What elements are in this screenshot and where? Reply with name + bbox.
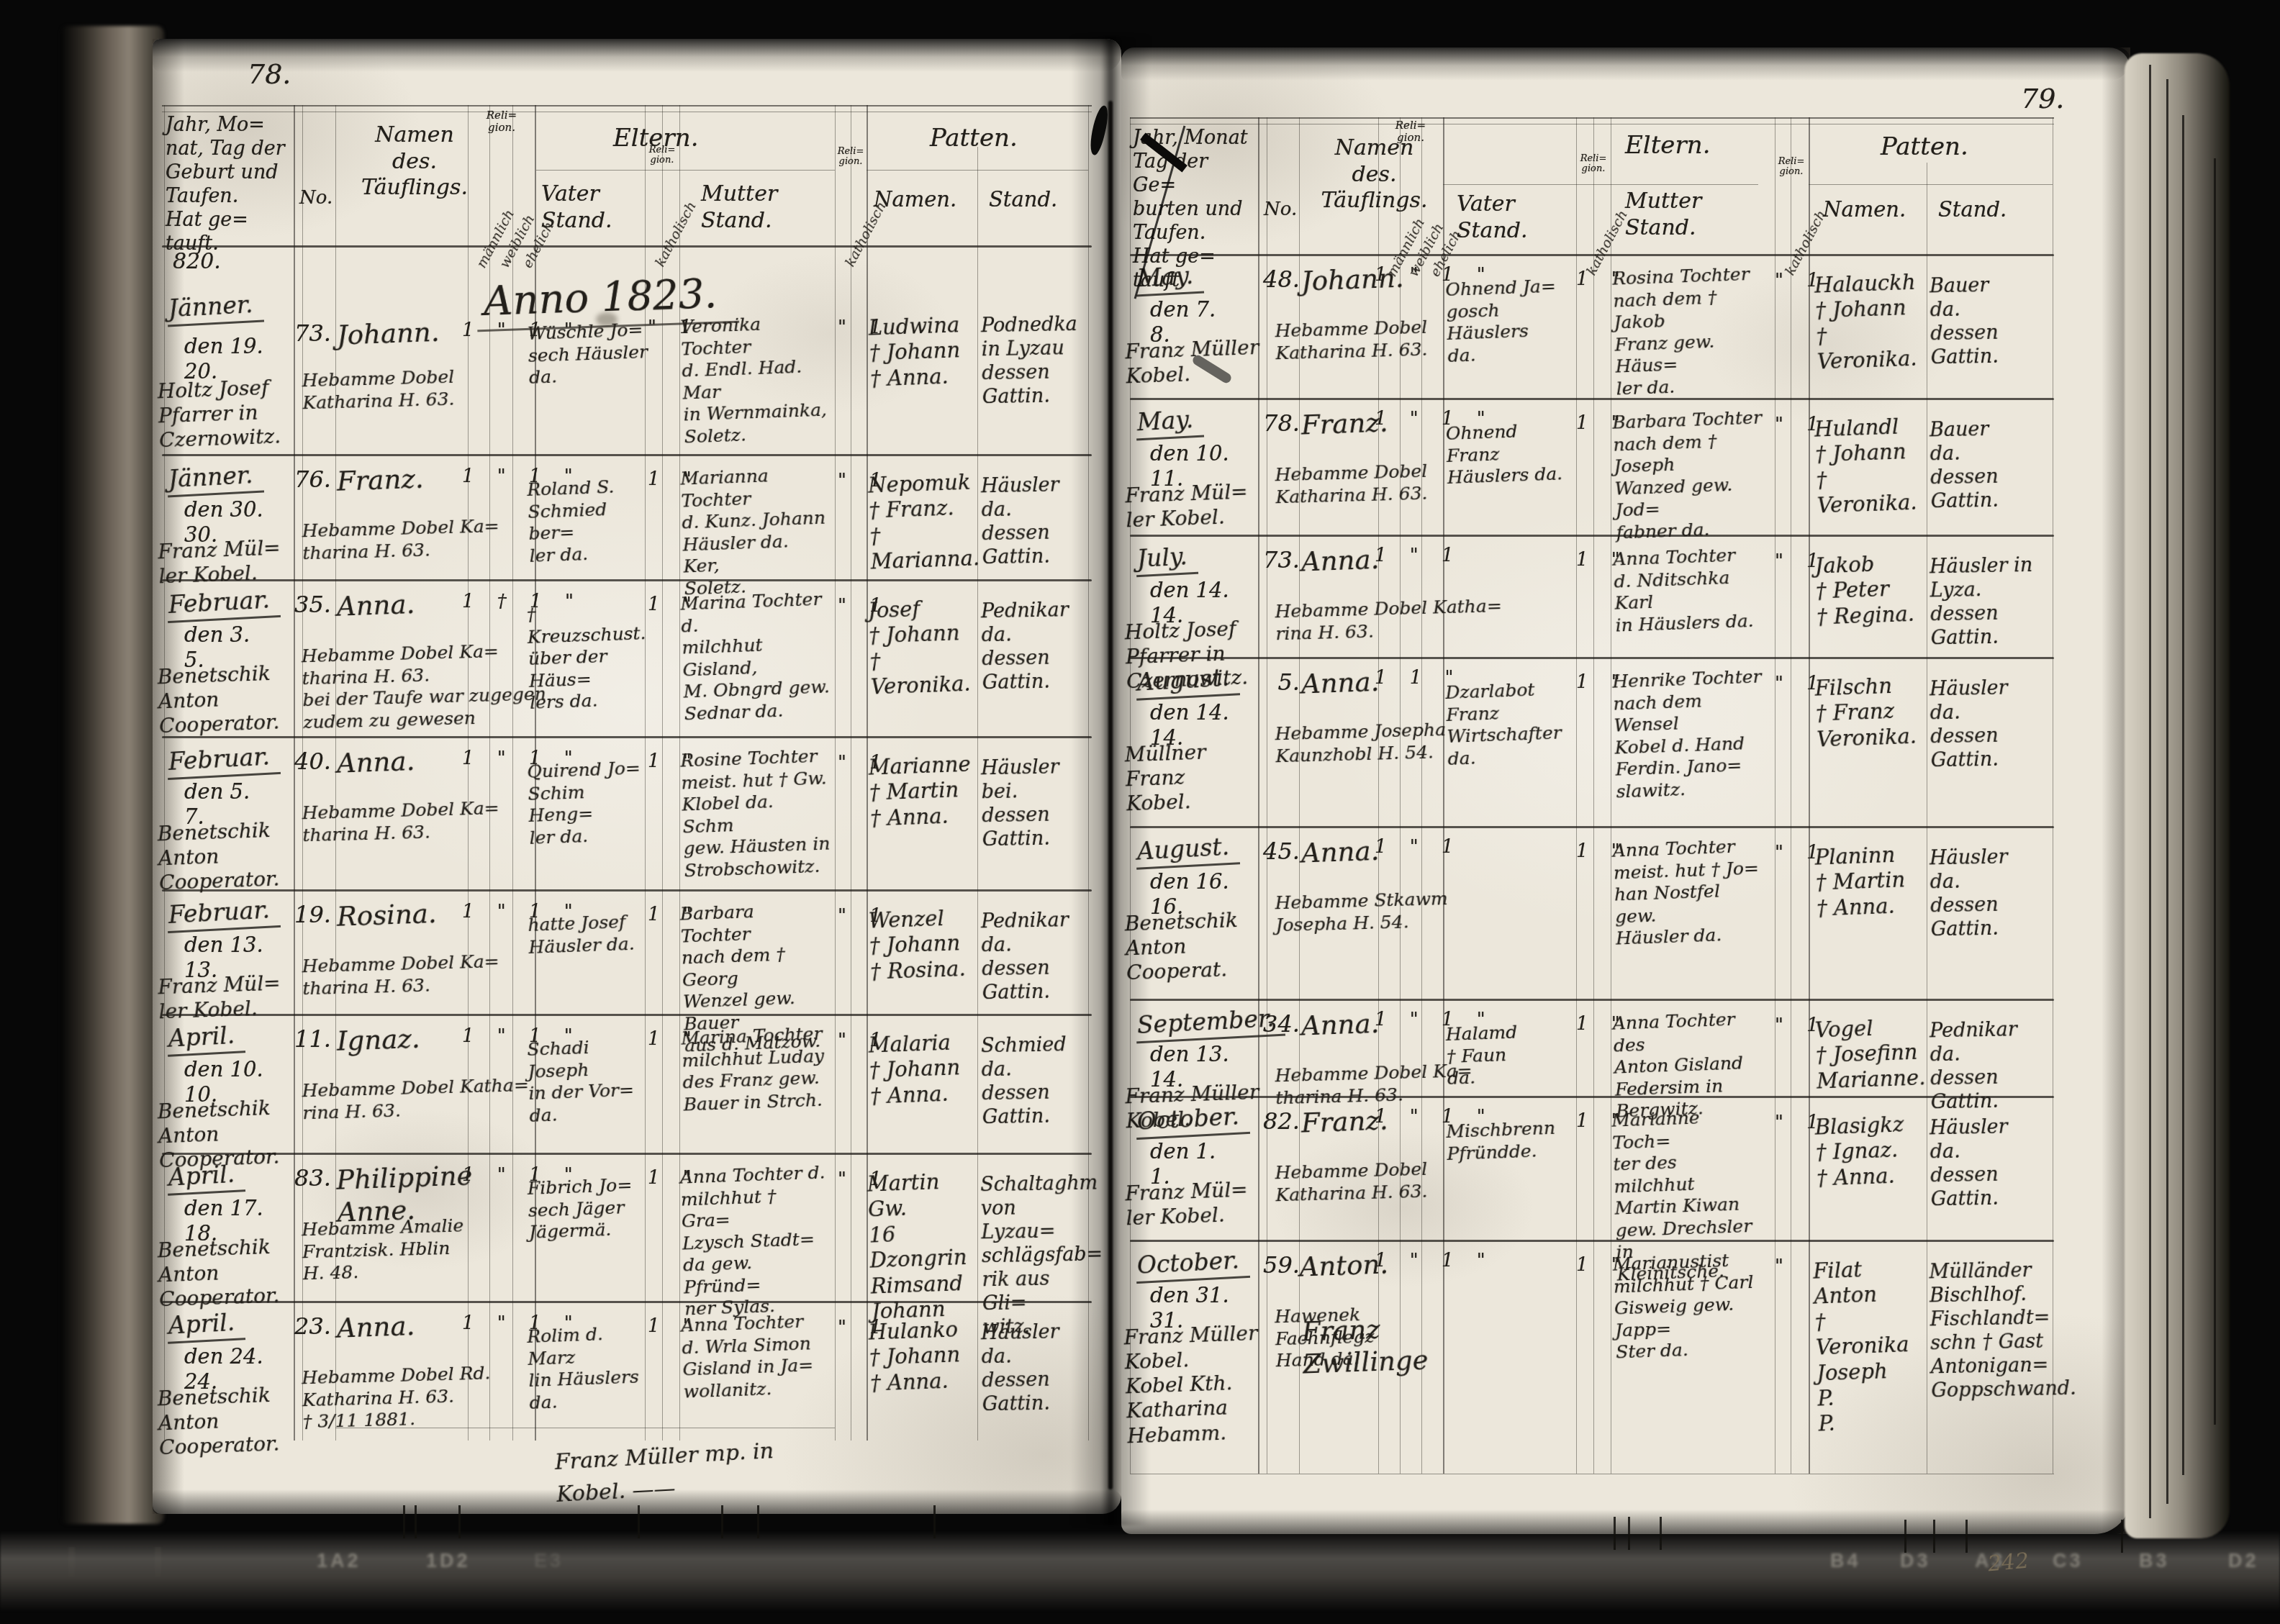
godparent-names: Vogel † Josefinn Marianne. [1814, 1014, 1925, 1094]
film-frame-code: C3 [2053, 1550, 2084, 1572]
tally-mark: " 1 [838, 1169, 869, 1192]
baptizing-priest: Benetschik Anton Cooperator. [157, 817, 300, 896]
month-label: Jänner. [166, 290, 264, 327]
register-page-right: 79. Jahr, Monat Tag der Ge= burten und T… [1121, 47, 2130, 1534]
entry-number: 82. [1255, 1107, 1300, 1135]
father-name-status: Ohnend Ja= gosch Häuslers da. [1445, 275, 1572, 367]
tally-mark: " 1 [838, 470, 869, 493]
register-row: May. den 10. 11. Franz Mül= ler Kobel. 7… [1121, 398, 2130, 535]
film-frame-code: 1D2 [426, 1550, 471, 1572]
tally-mark: 1 " [1576, 1110, 1609, 1133]
book-spine-edge [60, 26, 164, 1524]
tally-mark: 1 " [648, 1167, 681, 1190]
register-row: April. den 10. 10. Benetschik Anton Coop… [153, 1014, 1121, 1153]
godparent-status: Häusler da. dessen Gattin. [1930, 845, 2048, 943]
entry-number: 76. [286, 466, 331, 494]
father-name-status: Fibrich Jo= sech Jäger Jägermä. [527, 1174, 650, 1243]
tally-mark: 1 " [1576, 1013, 1609, 1036]
tally-mark: 1 " [648, 468, 681, 491]
mother-name-status: Henrike Tochter nach dem Wensel Kobel d.… [1612, 666, 1766, 802]
tally-mark: 1 " [648, 594, 681, 617]
mother-name-status: Anna Tochter d. milchhut † Gra= Lzysch S… [679, 1161, 832, 1320]
tally-mark: " 1 [838, 752, 869, 775]
godparent-status: Häusler da. dessen Gattin. [1930, 1115, 2048, 1212]
mother-name-status: Barbara Tochter nach dem † Joseph Wanzed… [1612, 407, 1766, 543]
register-row: Jänner. den 30. 30. Franz Mül= ler Kobel… [153, 454, 1121, 579]
baptizing-priest: Benetschik Anton Cooperator. [157, 661, 300, 739]
pen-stroke [1660, 1517, 1662, 1550]
month-label: Februar. [166, 585, 281, 623]
film-frame-code: E3 [534, 1550, 564, 1572]
register-rows-right: May. den 7. 8. Franz Müller Kobel. 48. J… [1121, 47, 2130, 1534]
mother-name-status: Marina Tochter milchhut Luday des Franz … [681, 1022, 831, 1115]
entry-number: 40. [286, 748, 331, 776]
anno-heading: Anno 1823. [476, 269, 740, 332]
pen-stroke [638, 1505, 640, 1538]
entry-number: 5. [1255, 668, 1300, 697]
tally-mark: " [1775, 1256, 1806, 1279]
baptizing-priest: Holtz Josef Pfarrer in Czernowitz. [157, 375, 300, 453]
month-label: October. [1135, 1102, 1250, 1140]
godparent-status: Bauer da. dessen Gattin. [1930, 273, 2048, 371]
entry-number: 73. [286, 319, 331, 348]
register-row: August. den 14. 14. Müllner Franz Kobel.… [1121, 657, 2130, 826]
tally-mark: 1 " [1576, 840, 1609, 863]
entry-number: 11. [286, 1025, 331, 1053]
corner-scribble-number: 242 [1987, 1548, 2030, 1578]
tally-mark: " 1 [1775, 1112, 1806, 1135]
entry-number: 34. [1255, 1010, 1300, 1038]
entry-number: 45. [1255, 838, 1300, 866]
entry-number: 78. [1255, 409, 1300, 437]
mother-name-status: Rosine Tochter meist. hut † Gw. Klobel d… [680, 745, 832, 881]
film-frame-code: B4 [1830, 1550, 1861, 1572]
month-label: April. [166, 1159, 246, 1196]
year-scribble: 820. [173, 249, 221, 276]
pen-stroke [933, 1505, 936, 1538]
tally-mark: 1 " [648, 1028, 681, 1051]
godparent-names: Jakob † Peter † Regina. [1814, 550, 1925, 630]
mother-name-status: Veronika Tochter d. Endl. Had. Mar in We… [680, 311, 832, 448]
entry-number: 83. [286, 1164, 331, 1192]
entry-number: 35. [286, 591, 331, 619]
godparent-status: Mülländer Bischlhof. Fischlandt= schn † … [1929, 1259, 2048, 1403]
tally-mark: " 1 [1775, 270, 1806, 293]
tally-mark: " 1 [1775, 1015, 1806, 1038]
godparent-names: Wenzel † Johann † Rosina. [868, 904, 979, 984]
film-frame-code: B3 [2139, 1550, 2170, 1572]
register-row: August. den 16. 16. Benetschik Anton Coo… [1121, 826, 2130, 999]
month-label: August. [1135, 663, 1240, 701]
tally-mark: 1 " [1576, 412, 1609, 435]
tally-mark: 1 " [648, 904, 681, 927]
register-row: April. den 17. 18. Benetschik Anton Coop… [153, 1153, 1121, 1301]
mother-name-status: Marianustist milchhut † Carl Gisweig gew… [1612, 1248, 1765, 1364]
midwife-note: Hawenek Fachnflegz Hand da. [1275, 1297, 1621, 1372]
religion-sex-tally: 1 " 1 [1375, 545, 1468, 568]
godparent-names: Filat Anton † Veronika Joseph P. P. [1813, 1255, 1927, 1437]
father-name-status: Schadi Joseph in der Vor= da. [527, 1035, 651, 1127]
pen-stroke [757, 1505, 759, 1538]
entry-number: 73. [1255, 546, 1300, 574]
tally-mark: 1 " [1576, 268, 1609, 291]
tally-mark: " 1 [1775, 550, 1806, 573]
godparent-names: Halauckh † Johann † Veronika. [1814, 269, 1926, 375]
tally-mark: " 1 [838, 317, 869, 340]
father-name-status: † Kreuzschust. über der Häus= lers da. [526, 600, 651, 714]
gutter-crease [1108, 101, 1113, 1489]
godparent-names: Nepomuk † Franz. † Marianna. [868, 469, 980, 575]
page-edge-line [2149, 65, 2151, 1518]
page-edge-line [2166, 79, 2168, 1504]
father-name-status: Mischbrenn Pfründde. [1446, 1117, 1571, 1165]
father-name-status: Halamd † Faun da. [1445, 1020, 1571, 1089]
baptizing-priest: Benetschik Anton Cooperator. [157, 1382, 300, 1461]
register-row: October. den 31. 31. Franz Müller Kobel.… [1121, 1240, 2130, 1474]
godparent-names: Malaria † Johann † Anna. [868, 1029, 979, 1109]
godparent-names: Hulandl † Johann † Veronika. [1814, 413, 1926, 519]
godparent-status: Bauer da. dessen Gattin. [1930, 417, 2048, 514]
father-name-status: hatte Josef Häusler da. [528, 910, 650, 958]
tally-mark: " 1 [838, 1317, 869, 1340]
tally-mark: 1 " [1576, 671, 1609, 694]
mother-name-status: Anna Tochter d. Wrla Simon Gisland in Ja… [681, 1310, 831, 1402]
page-edge-line [2182, 115, 2184, 1475]
month-label: Februar. [166, 895, 281, 933]
register-row: April. den 24. 24. Benetschik Anton Coop… [153, 1301, 1121, 1441]
film-edge-strip: 1A21D2E3B4D3A3C3B3D2 [0, 1531, 2280, 1612]
godparent-names: Planinn † Martin † Anna. [1814, 841, 1925, 921]
godparent-names: Josef † Johann † Veronika. [868, 594, 980, 700]
tally-mark: 1 " [648, 1315, 681, 1338]
tally-mark: " 1 [838, 595, 869, 618]
tally-mark: 1 " [1576, 549, 1609, 572]
godparent-names: Blasigkz † Ignaz. † Anna. [1814, 1111, 1925, 1191]
religion-sex-tally: 1 " 1 [1375, 836, 1468, 859]
month-label: August. [1135, 832, 1240, 870]
pen-stroke [1965, 1520, 1968, 1553]
entry-number: 19. [286, 901, 331, 929]
entry-number: 48. [1255, 266, 1300, 294]
film-frame-code: 1A2 [317, 1550, 361, 1572]
mother-name-status: Marina Tochter d. milchhut Gisland, M. O… [680, 588, 832, 725]
pen-stroke [1614, 1517, 1616, 1550]
pen-stroke [415, 1505, 417, 1538]
mother-name-status: Anna Tochter meist. hut † Jo= han Nostfe… [1612, 835, 1765, 950]
register-row: Februar. den 13. 13. Franz Mül= ler Kobe… [153, 889, 1121, 1014]
entry-number: 23. [286, 1312, 331, 1341]
register-page-left: 78. Jahr, Mo= nat, Tag der Geburt und Ta… [153, 39, 1121, 1514]
tally-mark: " 1 [838, 905, 869, 928]
month-label: October. [1135, 1246, 1250, 1284]
father-name-status: Quirend Jo= Schim Heng= ler da. [527, 757, 651, 849]
register-rows-left: 820. Jänner. den 19. 20. Holtz Josef Pfa… [153, 39, 1121, 1514]
film-frame-code: D3 [1900, 1550, 1931, 1572]
religion-sex-tally: 1 " 1 " [1375, 1250, 1468, 1273]
godparent-status: Häusler da. dessen Gattin. [1930, 676, 2048, 774]
father-name-status: Roland S. Schmied ber= ler da. [527, 475, 651, 567]
month-label: April. [166, 1020, 246, 1057]
film-frame-code: D2 [2228, 1550, 2259, 1572]
godparent-status: Häusler in Lyza. dessen Gattin. [1930, 554, 2048, 651]
tally-mark: " 1 [1775, 673, 1806, 696]
entry-number: 59. [1255, 1251, 1300, 1279]
father-name-status: Rolim d. Marz lin Häuslers da. [527, 1322, 651, 1414]
pen-stroke [1933, 1520, 1935, 1553]
mother-name-status: Anna Tochter d. Nditschka Karl in Häusle… [1613, 543, 1765, 636]
month-label: Februar. [166, 742, 281, 780]
mother-name-status: Rosina Tochter nach dem † Jakob Franz ge… [1612, 263, 1766, 399]
tally-mark: " 1 [838, 1030, 869, 1053]
godparent-names: Filschn † Franz Veronika. [1814, 672, 1925, 752]
register-row: September. den 13. 14. Franz Müller Kobe… [1121, 999, 2130, 1096]
tally-mark: " 1 [1775, 842, 1806, 865]
register-row: May. den 7. 8. Franz Müller Kobel. 48. J… [1121, 254, 2130, 398]
pen-stroke [2121, 1520, 2123, 1553]
godparent-names: Marianne † Martin † Anna. [868, 751, 979, 831]
godparent-names: Hulanko † Johann † Anna. [868, 1316, 979, 1396]
tally-mark: 1 " [648, 750, 681, 774]
father-name-status: Dzarlabot Franz Wirtschafter da. [1445, 678, 1572, 770]
register-row: Februar. den 3. 5. Benetschik Anton Coop… [153, 579, 1121, 736]
month-label: April. [166, 1307, 246, 1344]
tally-mark: 1 " [1576, 1254, 1609, 1277]
pen-stroke [1628, 1517, 1630, 1550]
godparent-names: Ludwina † Johann † Anna. [868, 312, 979, 391]
page-signature: Franz Müller mp. in Kobel. —— [554, 1435, 777, 1511]
register-row: July. den 14. 14. Holtz Josef Pfarrer in… [1121, 535, 2130, 657]
pen-stroke [403, 1505, 405, 1538]
pen-stroke [458, 1505, 461, 1538]
father-name-status: Ohnend Franz Häuslers da. [1445, 419, 1571, 489]
microfilm-frame: 78. Jahr, Mo= nat, Tag der Geburt und Ta… [0, 0, 2280, 1624]
midwife-note: Hebamme Stkawm Josepha H. 54. [1275, 884, 1621, 937]
register-row: Februar. den 5. 7. Benetschik Anton Coop… [153, 736, 1121, 889]
midwife-note: Hebamme Dobel Katha= rina H. 63. [1275, 592, 1621, 645]
register-row: October. den 1. 1. Franz Mül= ler Kobel.… [1121, 1096, 2130, 1240]
tally-mark: " 1 [1775, 414, 1806, 437]
page-edge-line [2214, 158, 2216, 1425]
pen-stroke [721, 1505, 723, 1538]
month-label: Jänner. [166, 461, 264, 498]
pen-stroke [1904, 1520, 1906, 1553]
